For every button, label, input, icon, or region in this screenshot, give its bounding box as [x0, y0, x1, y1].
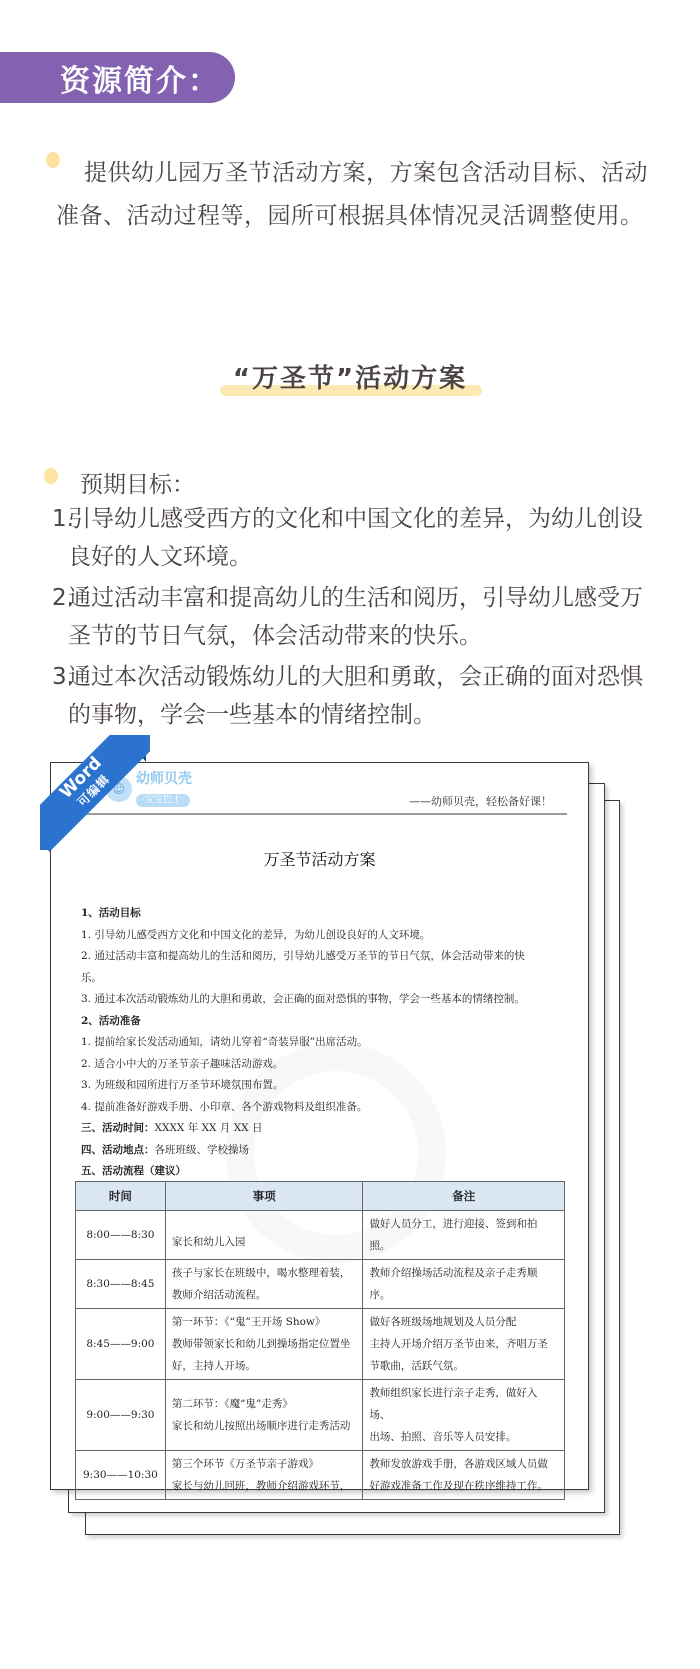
time-value: XXXX 年 XX 月 XX 日: [155, 1122, 263, 1134]
intro-text: 提供幼儿园万圣节活动方案，方案包含活动目标、活动准备、活动过程等，园所可根据具体…: [56, 160, 648, 229]
cell-line: 出场、拍照、音乐等人员安排。: [369, 1426, 558, 1448]
doc-place-line: 四、活动地点：各班班级、学校操场: [81, 1140, 571, 1162]
cell-item: 家长和幼儿入园: [165, 1211, 363, 1260]
goal-number: 2.: [52, 579, 74, 617]
doc-title: 万圣节活动方案: [51, 847, 588, 870]
plan-title-block: “万圣节”活动方案: [205, 358, 495, 398]
table-row: 8:00——8:30 家长和幼儿入园 做好人员分工，进行迎接、签到和拍照。: [76, 1211, 565, 1260]
table-header-row: 时间 事项 备注: [76, 1182, 565, 1211]
col-header-time: 时间: [76, 1182, 166, 1211]
cell-line: 好游戏准备工作及现在秩序维持工作。: [369, 1475, 558, 1497]
cell-line: 家长和幼儿入园: [172, 1231, 357, 1253]
doc-body: 1、活动目标 1. 引导幼儿感受西方文化和中国文化的差异，为幼儿创设良好的人文环…: [81, 903, 571, 1183]
intro-description: 提供幼儿园万圣节活动方案，方案包含活动目标、活动准备、活动过程等，园所可根据具体…: [56, 152, 656, 238]
goals-list: 1. 引导幼儿感受西方的文化和中国文化的差异，为幼儿创设良好的人文环境。 2. …: [52, 500, 662, 737]
goal-text: 引导幼儿感受西方的文化和中国文化的差异，为幼儿创设良好的人文环境。: [68, 500, 662, 576]
cell-line: 做好各班级场地规划及人员分配: [369, 1311, 558, 1333]
goals-heading: 预期目标：: [80, 466, 195, 499]
cell-note: 教师发放游戏手册，各游戏区域人员做 好游戏准备工作及现在秩序维持工作。: [363, 1451, 565, 1500]
cell-line: 教师组织家长进行亲子走秀，做好入场、: [369, 1382, 558, 1426]
table-row: 9:30——10:30 第三个环节《万圣节亲子游戏》 家长与幼儿回班，教师介绍游…: [76, 1451, 565, 1500]
cell-time: 9:00——9:30: [76, 1380, 166, 1451]
section-heading: 2、活动准备: [81, 1011, 571, 1033]
doc-goal-line: 3. 通过本次活动锻炼幼儿的大胆和勇敢，会正确的面对恐惧的事物，学会一些基本的情…: [81, 989, 571, 1011]
section-heading: 五、活动流程（建议）: [81, 1161, 571, 1183]
cell-line: 做好人员分工，进行迎接、签到和拍照。: [369, 1213, 558, 1257]
goal-item: 2. 通过活动丰富和提高幼儿的生活和阅历，引导幼儿感受万圣节的节日气氛，体会活动…: [52, 579, 662, 655]
cell-note: 做好人员分工，进行迎接、签到和拍照。: [363, 1211, 565, 1260]
table-row: 9:00——9:30 第二环节：《魔“鬼”走秀》 家长和幼儿按照出场顺序进行走秀…: [76, 1380, 565, 1451]
plan-title: “万圣节”活动方案: [205, 358, 495, 395]
cell-note: 教师介绍操场活动流程及亲子走秀顺序。: [363, 1260, 565, 1309]
cell-line: 主持人开场介绍万圣节由来，齐唱万圣: [369, 1333, 558, 1355]
cell-time: 8:30——8:45: [76, 1260, 166, 1309]
cell-time: 8:00——8:30: [76, 1211, 166, 1260]
goal-item: 1. 引导幼儿感受西方的文化和中国文化的差异，为幼儿创设良好的人文环境。: [52, 500, 662, 576]
doc-prep-line: 2. 适合小中大的万圣节亲子趣味活动游戏。: [81, 1054, 571, 1076]
col-header-item: 事项: [165, 1182, 363, 1211]
cell-line: 第一环节：《“鬼”王开场 Show》: [172, 1311, 357, 1333]
intro-heading: 资源简介：: [0, 52, 235, 103]
goal-text: 通过活动丰富和提高幼儿的生活和阅历，引导幼儿感受万圣节的节日气氛，体会活动带来的…: [68, 579, 662, 655]
header-divider: [77, 813, 567, 815]
cell-line: 节歌曲，活跃气氛。: [369, 1355, 558, 1377]
cell-line: 好，主持人开场。: [172, 1355, 357, 1377]
doc-goal-line: 乐。: [81, 968, 571, 990]
doc-slogan: ——幼师贝壳，轻松备好课！: [409, 793, 552, 809]
bullet-dot-icon: [44, 468, 58, 484]
word-editable-ribbon: Word 可编辑: [40, 735, 150, 850]
cell-note: 做好各班级场地规划及人员分配 主持人开场介绍万圣节由来，齐唱万圣 节歌曲，活跃气…: [363, 1309, 565, 1380]
cell-line: 教师介绍操场活动流程及亲子走秀顺序。: [369, 1262, 558, 1306]
cell-time: 9:30——10:30: [76, 1451, 166, 1500]
cell-line: 孩子与家长在班级中，喝水整理着装，: [172, 1262, 357, 1284]
place-value: 各班班级、学校操场: [155, 1144, 250, 1156]
doc-prep-line: 4. 提前准备好游戏手册、小印章、各个游戏物料及组织准备。: [81, 1097, 571, 1119]
doc-prep-line: 1. 提前给家长发活动通知，请幼儿穿着“奇装异服”出席活动。: [81, 1032, 571, 1054]
cell-line: 家长和幼儿按照出场顺序进行走秀活动: [172, 1415, 357, 1437]
doc-goal-line: 1. 引导幼儿感受西方文化和中国文化的差异，为幼儿创设良好的人文环境。: [81, 925, 571, 947]
cell-item: 第一环节：《“鬼”王开场 Show》 教师带领家长和幼儿到操场指定位置坐 好，主…: [165, 1309, 363, 1380]
document-page: ☺ 幼师贝壳 ·宝宝巴士· ——幼师贝壳，轻松备好课！ 万圣节活动方案 1、活动…: [50, 762, 589, 1490]
flow-table: 时间 事项 备注 8:00——8:30 家长和幼儿入园 做好人员分工，进行迎接、…: [75, 1181, 565, 1500]
cell-line: 第二环节：《魔“鬼”走秀》: [172, 1393, 357, 1415]
ribbon-band: Word 可编辑: [40, 735, 150, 850]
doc-time-line: 三、活动时间：XXXX 年 XX 月 XX 日: [81, 1118, 571, 1140]
doc-goal-line: 2. 通过活动丰富和提高幼儿的生活和阅历，引导幼儿感受万圣节的节日气氛，体会活动…: [81, 946, 571, 968]
goal-number: 1.: [52, 500, 74, 538]
cell-line: 教师带领家长和幼儿到操场指定位置坐: [172, 1333, 357, 1355]
cell-item: 孩子与家长在班级中，喝水整理着装， 教师介绍活动流程。: [165, 1260, 363, 1309]
goal-number: 3.: [52, 658, 74, 696]
cell-note: 教师组织家长进行亲子走秀，做好入场、 出场、拍照、音乐等人员安排。: [363, 1380, 565, 1451]
goal-item: 3. 通过本次活动锻炼幼儿的大胆和勇敢，会正确的面对恐惧的事物，学会一些基本的情…: [52, 658, 662, 734]
cell-line: 教师介绍活动流程。: [172, 1284, 357, 1306]
place-label: 四、活动地点：: [81, 1144, 155, 1156]
cell-line: 教师发放游戏手册，各游戏区域人员做: [369, 1453, 558, 1475]
table-row: 8:30——8:45 孩子与家长在班级中，喝水整理着装， 教师介绍活动流程。 教…: [76, 1260, 565, 1309]
cell-line: 家长与幼儿回班，教师介绍游戏环节，: [172, 1475, 357, 1497]
goal-text: 通过本次活动锻炼幼儿的大胆和勇敢，会正确的面对恐惧的事物，学会一些基本的情绪控制…: [68, 658, 662, 734]
time-label: 三、活动时间：: [81, 1122, 155, 1134]
cell-item: 第二环节：《魔“鬼”走秀》 家长和幼儿按照出场顺序进行走秀活动: [165, 1380, 363, 1451]
cell-line: 第三个环节《万圣节亲子游戏》: [172, 1453, 357, 1475]
table-row: 8:45——9:00 第一环节：《“鬼”王开场 Show》 教师带领家长和幼儿到…: [76, 1309, 565, 1380]
cell-item: 第三个环节《万圣节亲子游戏》 家长与幼儿回班，教师介绍游戏环节，: [165, 1451, 363, 1500]
doc-prep-line: 3. 为班级和园所进行万圣节环境氛围布置。: [81, 1075, 571, 1097]
col-header-note: 备注: [363, 1182, 565, 1211]
section-heading: 1、活动目标: [81, 903, 571, 925]
cell-time: 8:45——9:00: [76, 1309, 166, 1380]
